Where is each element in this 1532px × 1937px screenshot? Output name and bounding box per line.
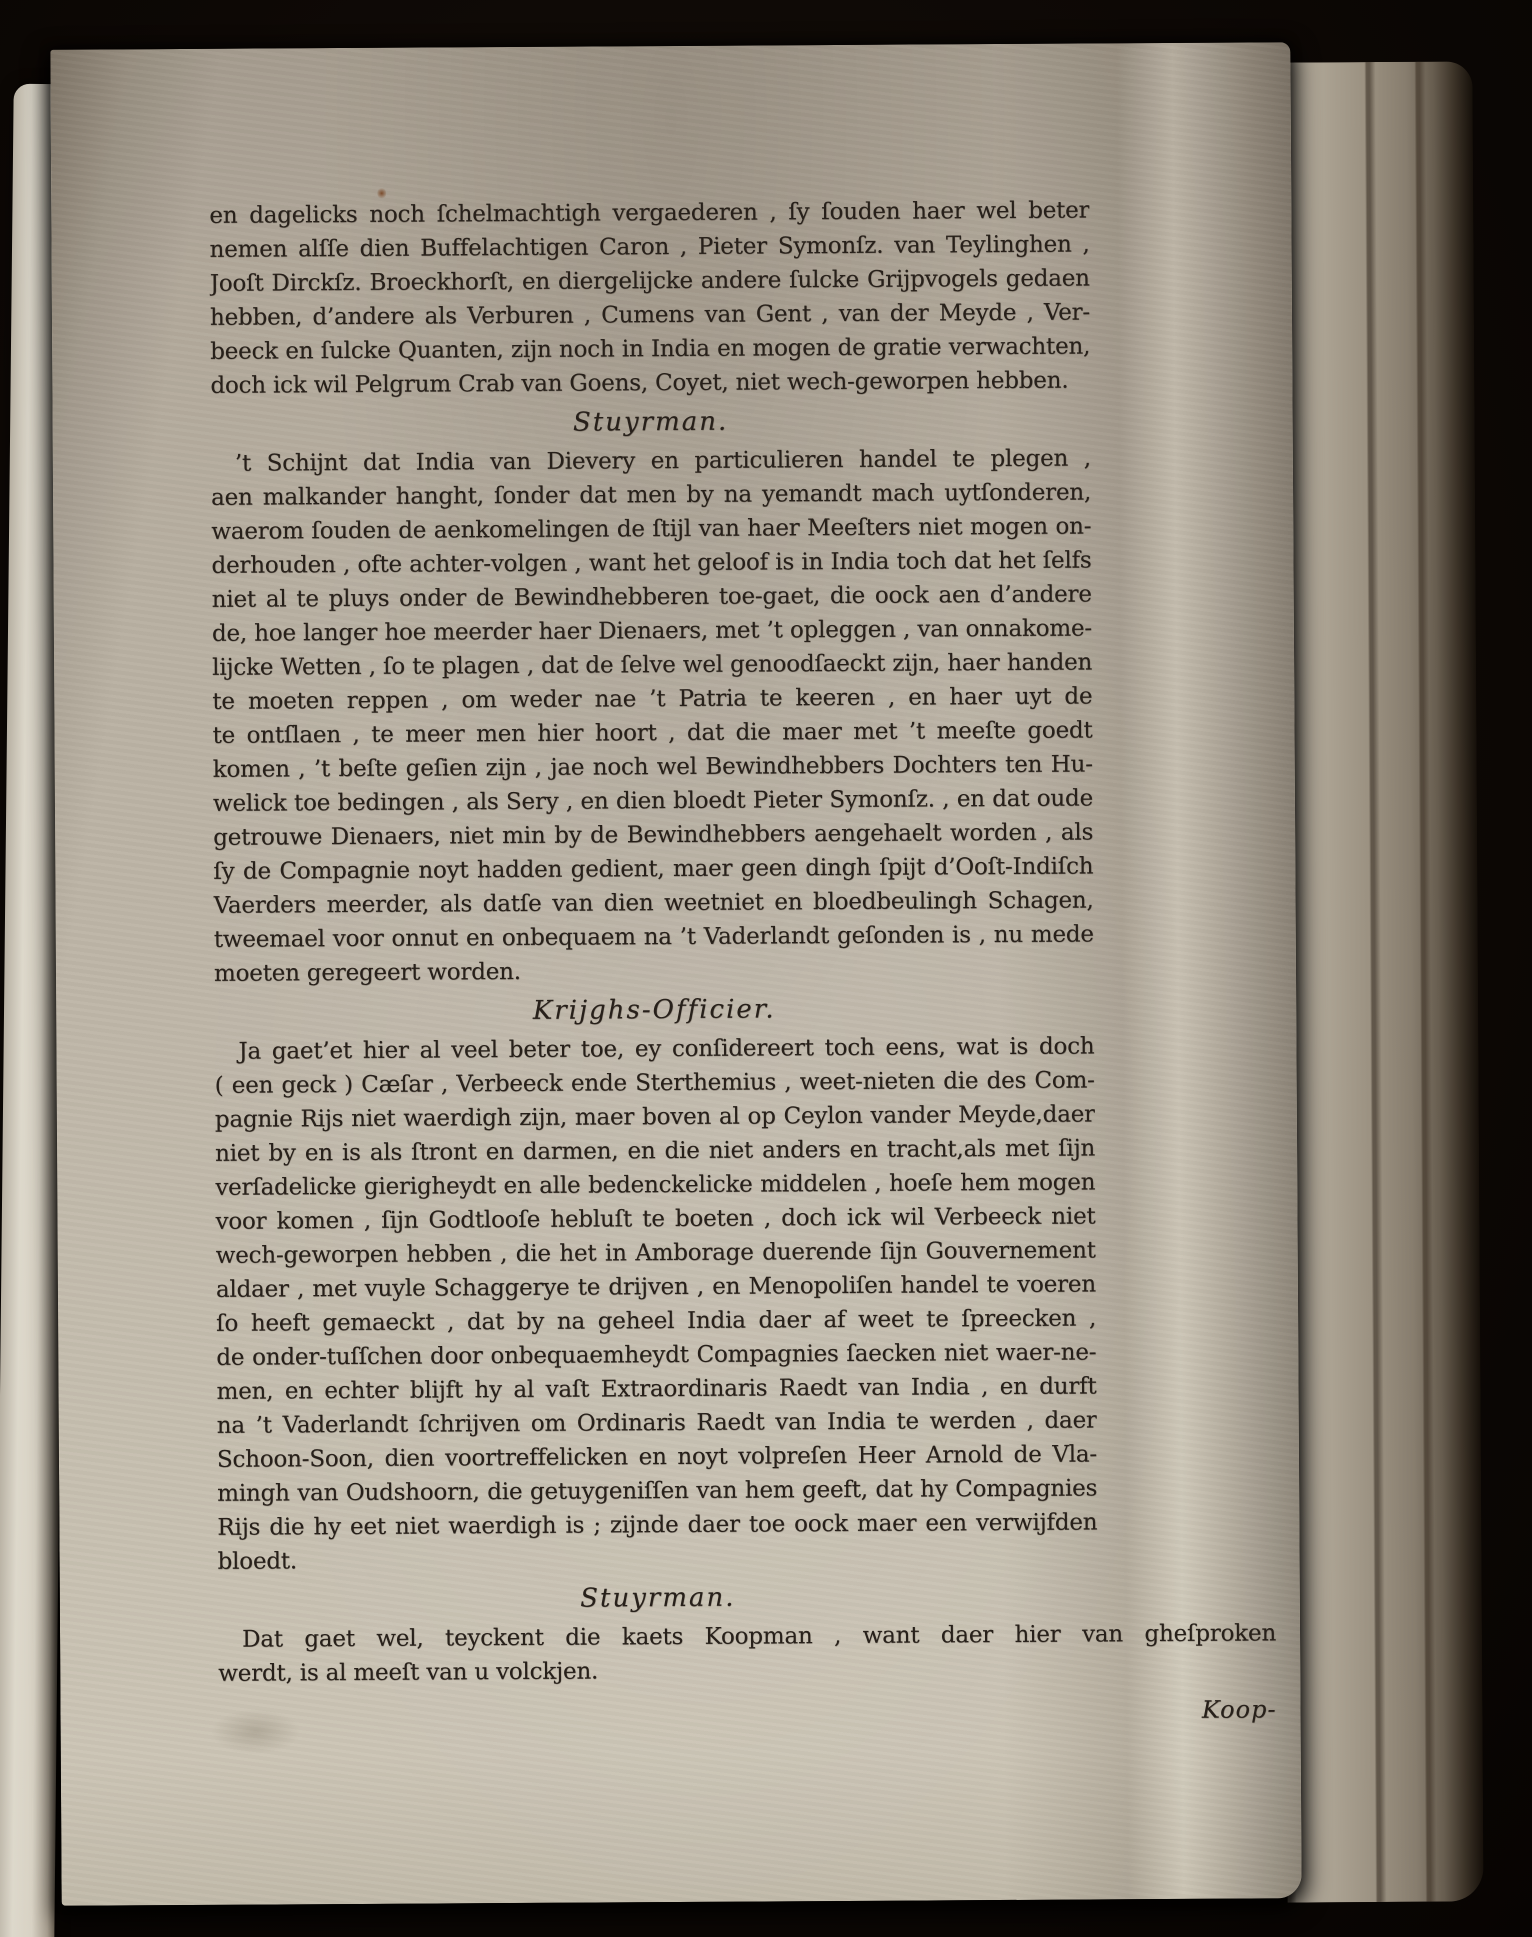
text-line: Dat gaet wel, teyckent die kaets Koopman… — [218, 1616, 1276, 1656]
text-line: Vaerders meerder, als datſe van dien wee… — [213, 883, 1093, 922]
text-line: ’t Schijnt dat India van Dievery en part… — [211, 441, 1091, 480]
text-line: aen malkander hanght, ſonder dat men by … — [211, 475, 1091, 514]
text-line: moeten geregeert worden. — [214, 951, 1094, 990]
speaker-heading: Stuyrman. — [211, 397, 1091, 446]
photo-background: { "page": { "blocks": [ { "type": "para"… — [0, 0, 1532, 1937]
text-line: bloedt. — [217, 1539, 1097, 1578]
text-line: niet al te pluys onder de Bewindhebberen… — [212, 577, 1092, 616]
text-line: niet by en is als ſtront en darmen, en d… — [215, 1131, 1095, 1170]
text-line: ſo heeft gemaeckt , dat by na geheel Ind… — [216, 1301, 1096, 1340]
catchword: Koop- — [218, 1692, 1276, 1732]
text-line: ( een geck ) Cæſar , Verbeeck ende Stert… — [215, 1063, 1095, 1102]
text-block: en dagelicks noch ſchelmachtigh vergaede… — [209, 193, 1098, 1732]
text-line: nemen alſſe dien Buffelachtigen Caron , … — [209, 227, 1089, 266]
text-line: doch ick wil Pelgrum Crab van Goens, Coy… — [210, 363, 1090, 402]
text-line: derhouden , ofte achter-volgen , want he… — [211, 543, 1091, 582]
paragraph: Dat gaet wel, teyckent die kaets Koopman… — [218, 1617, 1098, 1690]
text-line: lijcke Wetten , ſo te plagen , dat de ſe… — [212, 645, 1092, 684]
speaker-heading: Stuyrman. — [218, 1573, 1098, 1622]
text-line: Rijs die hy eet niet waerdigh is ; zijnd… — [217, 1505, 1097, 1544]
text-line: Schoon-Soon, dien voortreffelicken en no… — [217, 1437, 1097, 1476]
text-line: ſy de Compagnie noyt hadden gedient, mae… — [213, 849, 1093, 888]
text-line: welick toe bedingen , als Sery , en dien… — [213, 781, 1093, 820]
text-line: te moeten reppen , om weder nae ’t Patri… — [212, 679, 1092, 718]
book-page: en dagelicks noch ſchelmachtigh vergaede… — [50, 42, 1301, 1906]
page-stack-edge — [1276, 61, 1483, 1902]
paragraph: ’t Schijnt dat India van Dievery en part… — [211, 441, 1094, 990]
text-line: de onder-tuſſchen door onbequaemheydt Co… — [216, 1335, 1096, 1374]
text-line: de, hoe langer hoe meerder haer Dienaers… — [212, 611, 1092, 650]
text-line: hebben, d’andere als Verburen , Cumens v… — [210, 295, 1090, 334]
text-line: en dagelicks noch ſchelmachtigh vergaede… — [209, 193, 1089, 232]
text-line: Jooſt Dirckſz. Broeckhorſt, en diergelij… — [210, 261, 1090, 300]
text-line: verſadelicke gierigheydt en alle bedenck… — [215, 1165, 1095, 1204]
text-line: werdt, is al meeſt van u volckjen. — [218, 1651, 1098, 1690]
text-line: men, en echter blijft hy al vaſt Extraor… — [216, 1369, 1096, 1408]
text-line: getrouwe Dienaers, niet min by de Bewind… — [213, 815, 1093, 854]
text-line: beeck en ſulcke Quanten, zijn noch in In… — [210, 329, 1090, 368]
text-line: komen , ’t beſte geſien zijn , jae noch … — [213, 747, 1093, 786]
text-line: te ontſlaen , te meer men hier hoort , d… — [212, 713, 1092, 752]
text-line: tweemael voor onnut en onbequaem na ’t V… — [214, 917, 1094, 956]
text-line: na ’t Vaderlandt ſchrijven om Ordinaris … — [217, 1403, 1097, 1442]
text-line: pagnie Rijs niet waerdigh zijn, maer bov… — [215, 1097, 1095, 1136]
paragraph: en dagelicks noch ſchelmachtigh vergaede… — [209, 193, 1090, 402]
speaker-heading: Krijghs-Officier. — [214, 985, 1094, 1034]
text-line: wech-geworpen hebben , die het in Ambora… — [216, 1233, 1096, 1272]
text-line: Ja gaet’et hier al veel beter toe, ey co… — [214, 1029, 1094, 1068]
text-line: aldaer , met vuyle Schaggerye te drijven… — [216, 1267, 1096, 1306]
text-line: waerom ſouden de aenkomelingen de ſtijl … — [211, 509, 1091, 548]
text-line: voor komen , ſijn Godtlooſe hebluſt te b… — [215, 1199, 1095, 1238]
paragraph: Ja gaet’et hier al veel beter toe, ey co… — [214, 1029, 1097, 1578]
text-line: mingh van Oudshoorn, die getuygeniſſen v… — [217, 1471, 1097, 1510]
